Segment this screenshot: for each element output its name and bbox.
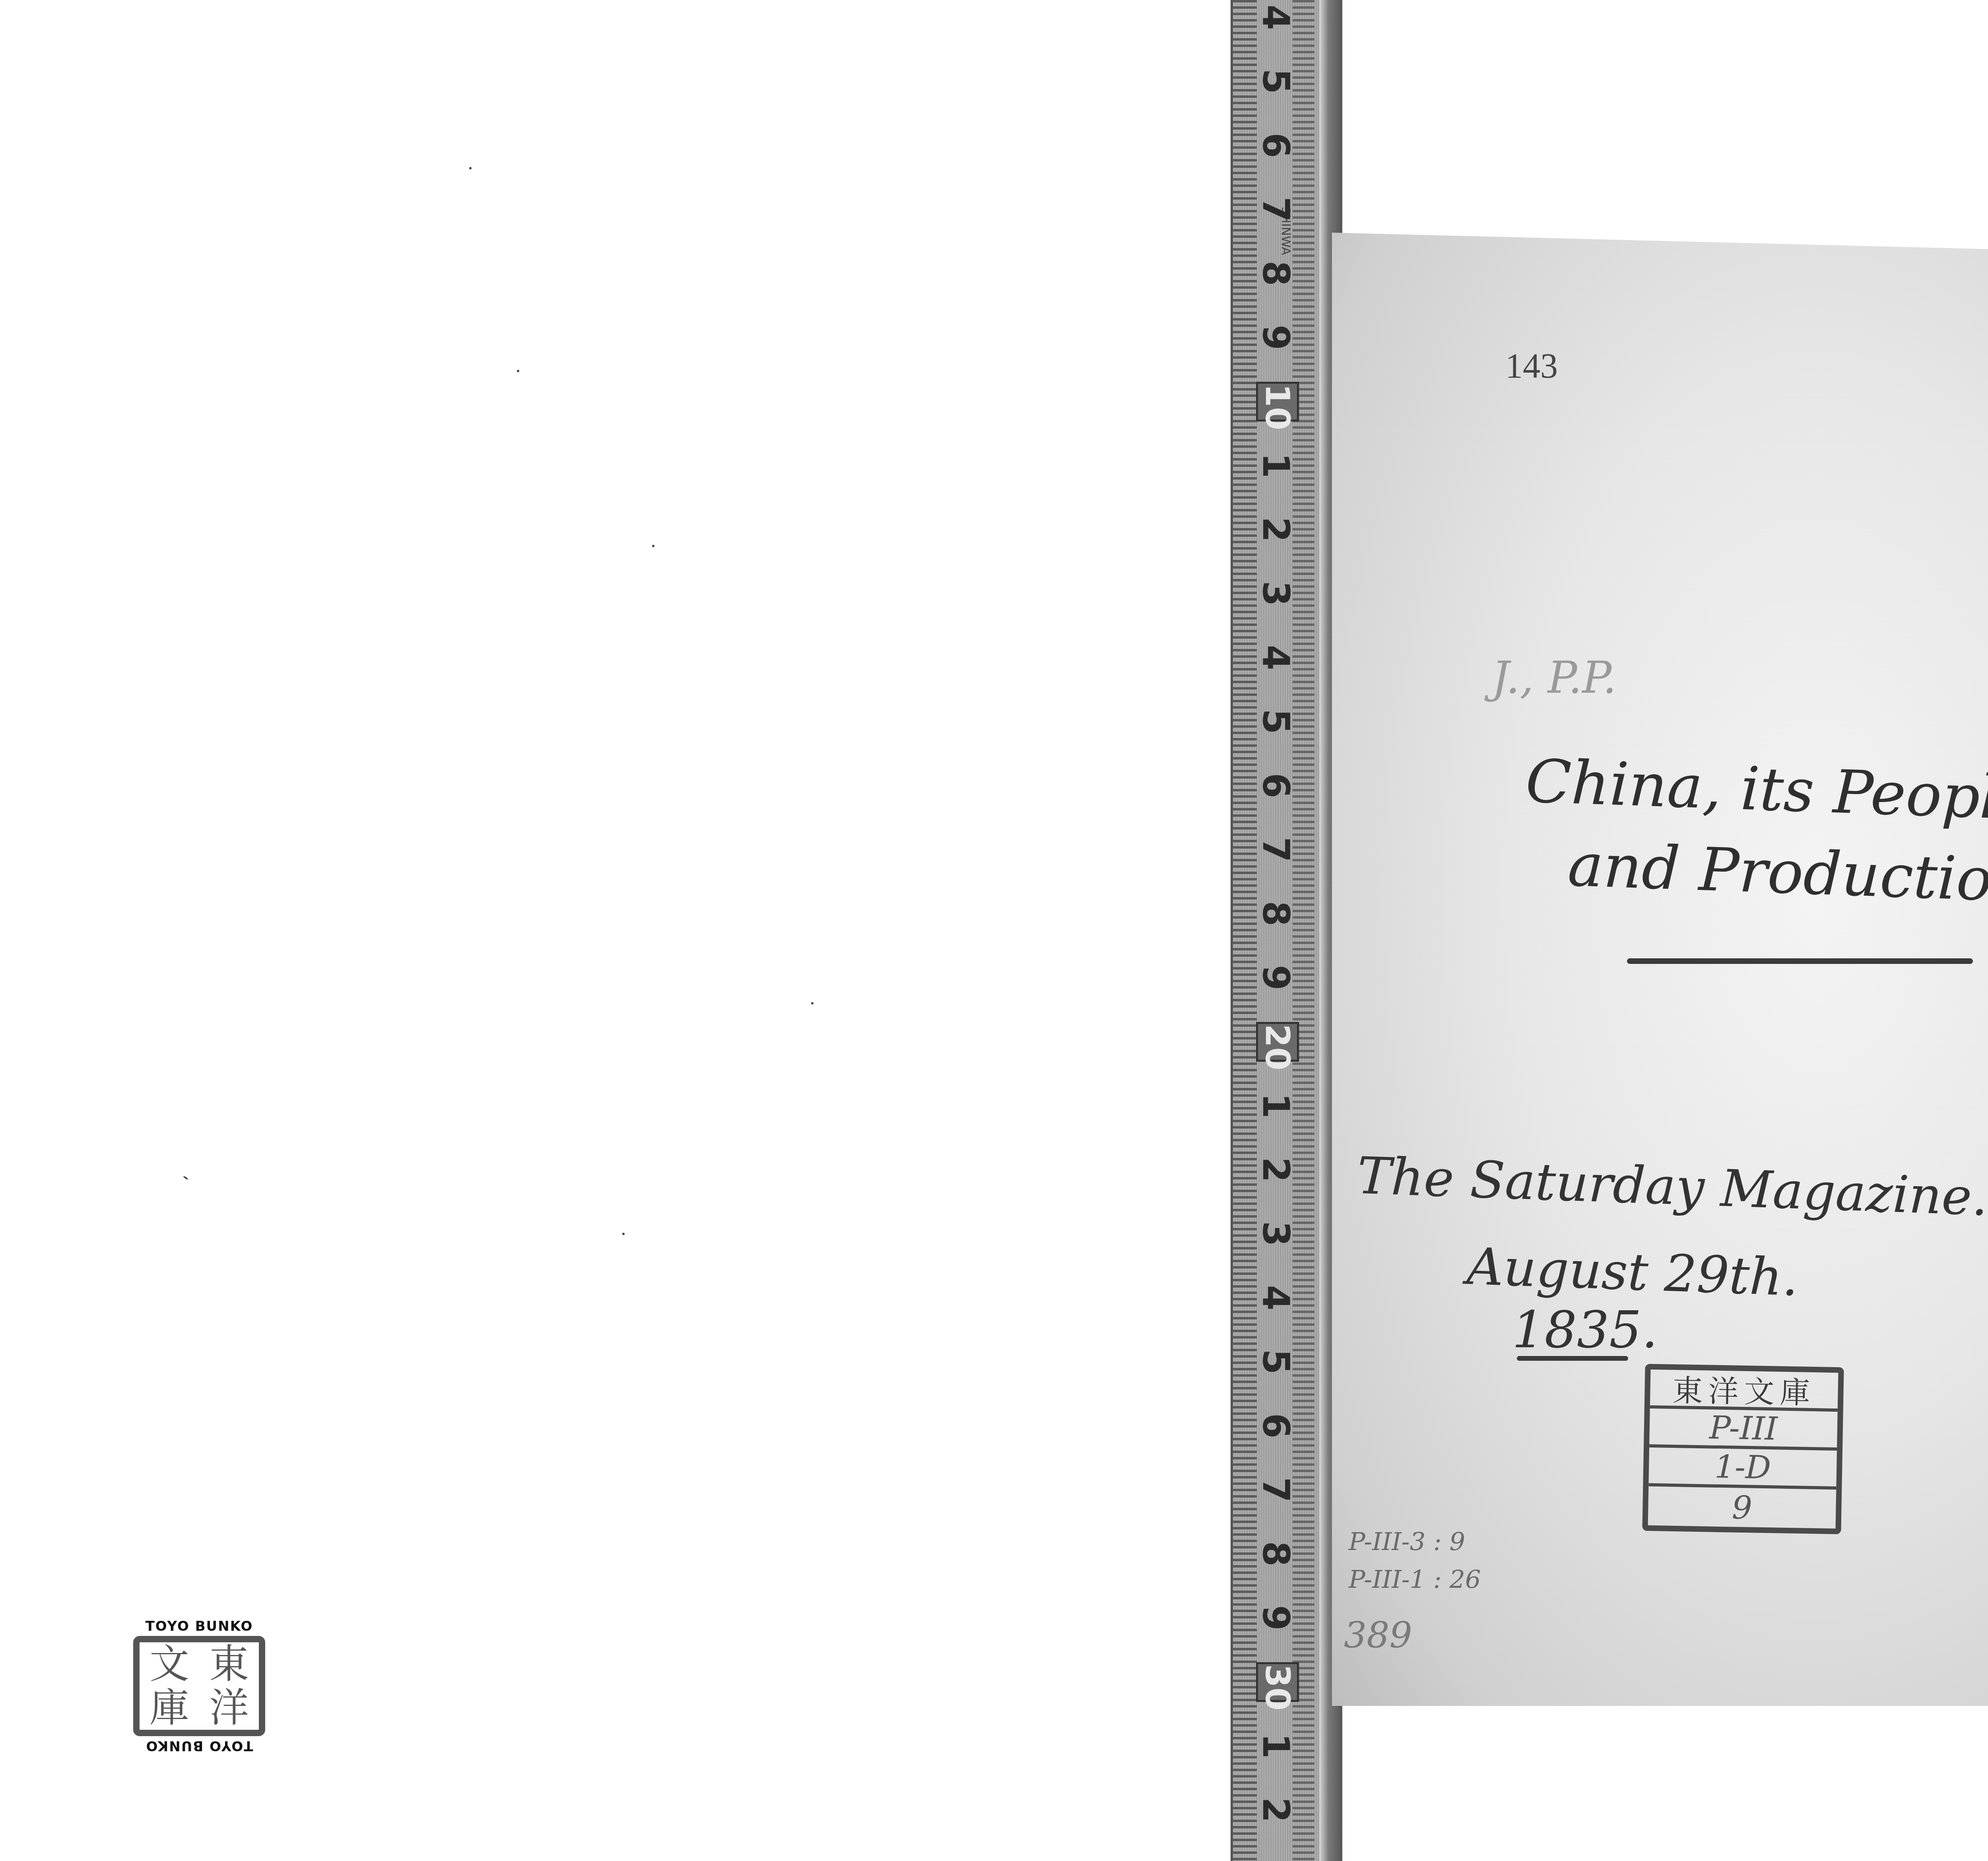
- ruler-number: 1: [1254, 1088, 1297, 1124]
- stamp-header: 東洋文庫: [1650, 1370, 1839, 1412]
- ruler-number: 4: [1254, 0, 1297, 35]
- ruler-number: 5: [1254, 1344, 1297, 1380]
- ruler-number: 6: [1254, 768, 1297, 804]
- ruler-number: 2: [1254, 1792, 1297, 1828]
- ruler-number: 2: [1254, 1152, 1297, 1188]
- ruler-number: 7: [1254, 1472, 1297, 1508]
- stamp-row: P-III: [1649, 1408, 1838, 1451]
- measuring-ruler: SHINWA 45678910123456789201234567893012: [1231, 0, 1342, 1861]
- publication-year: 1835.: [1512, 1300, 1658, 1360]
- ruler-number: 6: [1254, 128, 1297, 163]
- ruler-ticks-left: [1233, 0, 1257, 1861]
- ruler-number: 10: [1256, 382, 1299, 422]
- pencil-note: P-III-1 : 26: [1349, 1565, 1481, 1594]
- seal-char: 庫: [140, 1686, 199, 1730]
- ruler-number: 3: [1254, 576, 1297, 612]
- publication-date: August 29th.: [1466, 1237, 1800, 1307]
- card-number: 143: [1505, 346, 1558, 386]
- ruler-number: 5: [1254, 704, 1297, 740]
- pencil-note: 389: [1344, 1614, 1412, 1656]
- logo-caption: TOYO BUNKO: [132, 1738, 267, 1754]
- library-stamp: 東洋文庫 P-III 1-D 9: [1642, 1364, 1844, 1535]
- left-page: [0, 0, 1231, 1861]
- ruler-number: 4: [1254, 1280, 1297, 1316]
- logo-caption: TOYO BUNKO: [132, 1618, 267, 1634]
- seal-char: 文: [140, 1642, 199, 1686]
- stamp-row: 9: [1648, 1486, 1837, 1529]
- title-underline: [1627, 958, 1973, 964]
- seal-char: 東: [199, 1642, 259, 1686]
- toyo-bunko-logo: TOYO BUNKO 文 東 庫 洋 TOYO BUNKO: [132, 1618, 267, 1754]
- ruler-number: 5: [1254, 64, 1297, 99]
- ruler-number: 20: [1256, 1022, 1299, 1062]
- ruler-number: 1: [1254, 448, 1297, 484]
- ruler-number: 9: [1254, 320, 1297, 355]
- year-underline: [1517, 1356, 1628, 1361]
- ruler-number: 6: [1254, 1408, 1297, 1444]
- author: J., P.P.: [1492, 652, 1617, 703]
- ruler-number: 9: [1254, 960, 1297, 996]
- ruler-number: 3: [1254, 1216, 1297, 1252]
- seal-icon: 文 東 庫 洋: [133, 1636, 265, 1736]
- seal-char: 洋: [199, 1686, 259, 1730]
- ruler-number: 1: [1254, 1728, 1297, 1764]
- ruler-number: 8: [1254, 256, 1297, 291]
- ruler-number: 7: [1254, 832, 1297, 868]
- ruler-number: 7: [1254, 192, 1297, 227]
- pencil-note: P-III-3 : 9: [1349, 1527, 1465, 1556]
- ruler-number: 8: [1254, 1536, 1297, 1572]
- ruler-number: 9: [1254, 1600, 1297, 1636]
- ruler-number: 2: [1254, 512, 1297, 548]
- stamp-row: 1-D: [1648, 1447, 1837, 1490]
- ruler-number: 4: [1254, 640, 1297, 676]
- ruler-number: 8: [1254, 896, 1297, 932]
- ruler-number: 30: [1256, 1662, 1299, 1702]
